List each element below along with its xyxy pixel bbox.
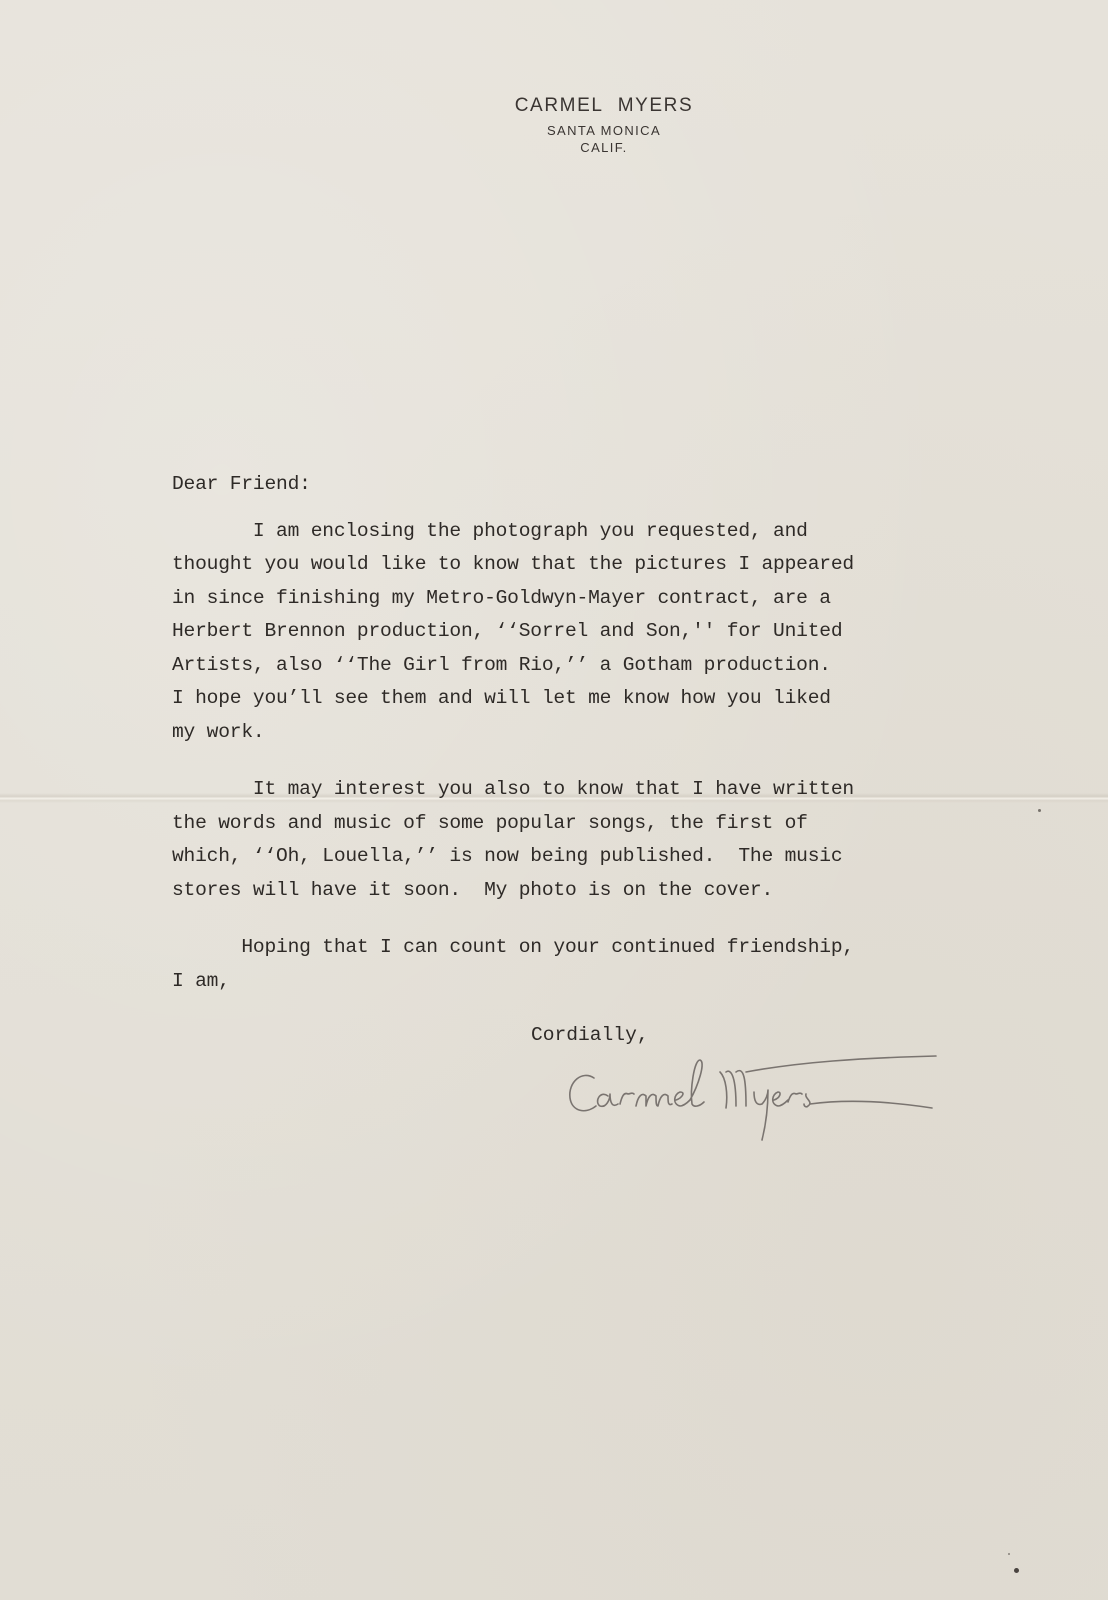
letterhead-name: CARMEL MYERS [100, 95, 1108, 117]
text-line: thought you would like to know that the … [172, 548, 952, 582]
text-line: Herbert Brennon production, ‘‘Sorrel and… [172, 615, 952, 649]
letter-body: Dear Friend: I am enclosing the photogra… [172, 468, 952, 1024]
ink-speck [1014, 1568, 1019, 1573]
closing: Cordially, [531, 1024, 649, 1046]
text-line: my work. [172, 716, 952, 750]
text-line: Artists, also ‘‘The Girl from Rio,’’ a G… [172, 649, 952, 683]
letterhead-city: SANTA MONICA [100, 123, 1108, 138]
text-line: in since finishing my Metro-Goldwyn-Maye… [172, 582, 952, 616]
text-line: Hoping that I can count on your continue… [172, 931, 952, 965]
text-line: which, ‘‘Oh, Louella,’’ is now being pub… [172, 840, 952, 874]
text-line: the words and music of some popular song… [172, 807, 952, 841]
text-line: I hope you’ll see them and will let me k… [172, 682, 952, 716]
ink-speck [1038, 809, 1041, 812]
letter-page: CARMEL MYERS SANTA MONICA CALIF. Dear Fr… [0, 0, 1108, 1600]
text-line: I am enclosing the photograph you reques… [172, 515, 952, 549]
letterhead: CARMEL MYERS SANTA MONICA CALIF. [0, 95, 1108, 155]
salutation: Dear Friend: [172, 468, 952, 502]
text-line: It may interest you also to know that I … [172, 773, 952, 807]
letterhead-state: CALIF. [100, 140, 1108, 155]
paragraph-3: Hoping that I can count on your continue… [172, 931, 952, 998]
paragraph-1: I am enclosing the photograph you reques… [172, 515, 952, 750]
signature: Carmel Myers [560, 1050, 950, 1150]
ink-speck [1008, 1553, 1010, 1555]
paragraph-2: It may interest you also to know that I … [172, 773, 952, 907]
text-line: I am, [172, 965, 952, 999]
text-line: stores will have it soon. My photo is on… [172, 874, 952, 908]
